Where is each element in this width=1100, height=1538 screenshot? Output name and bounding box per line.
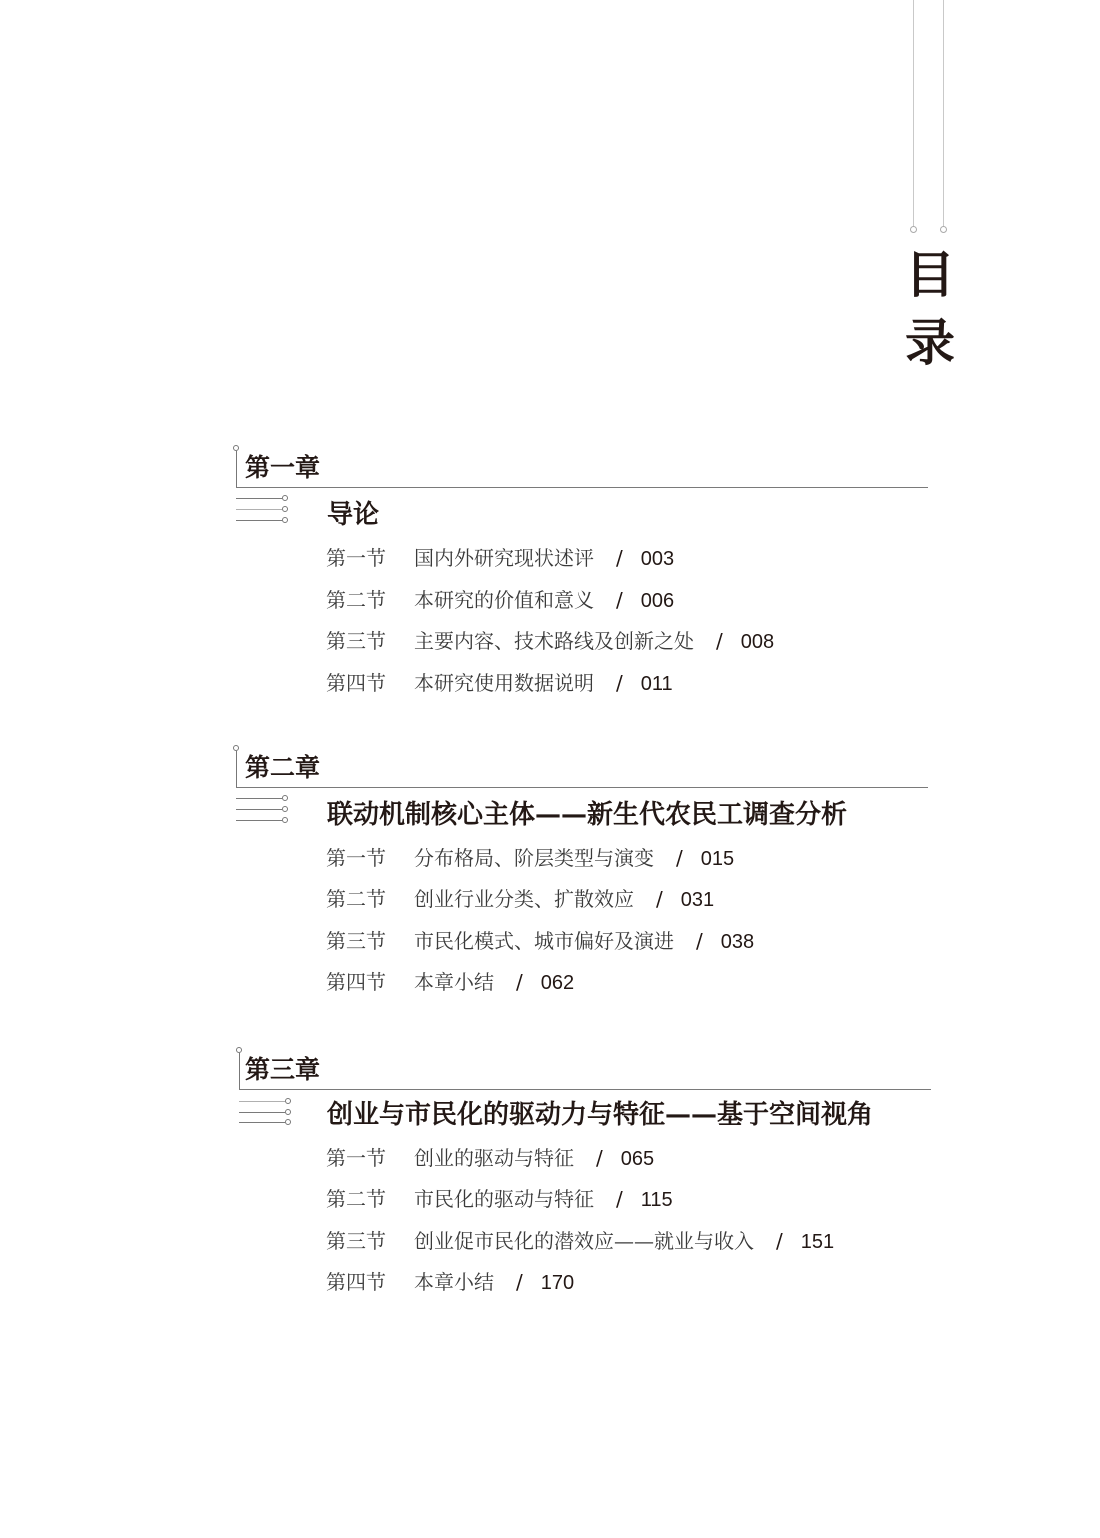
chapter-label: 第二章 <box>245 755 320 780</box>
page-number: 008 <box>741 631 774 653</box>
section-number: 第三节 <box>326 1231 414 1251</box>
separator: / <box>596 1148 603 1168</box>
page-title-char-1: 目 <box>905 250 955 300</box>
section-title: 本研究使用数据说明 <box>414 671 594 695</box>
section-number: 第一节 <box>326 1148 414 1168</box>
separator: / <box>716 631 723 651</box>
toc-entry[interactable]: 第一节国内外研究现状述评/003 <box>326 548 674 569</box>
page-title-char-2: 录 <box>905 318 955 368</box>
section-number: 第二节 <box>326 1189 414 1209</box>
separator: / <box>676 848 683 868</box>
page-number: 170 <box>541 1272 574 1294</box>
toc-entry[interactable]: 第三节主要内容、技术路线及创新之处/008 <box>326 631 774 652</box>
toc-entry[interactable]: 第四节本章小结/062 <box>326 972 574 993</box>
section-number: 第四节 <box>326 972 414 992</box>
stub-dot-icon <box>282 817 288 823</box>
toc-entry[interactable]: 第四节本研究使用数据说明/011 <box>326 673 673 694</box>
stub-dot-icon <box>282 517 288 523</box>
page-number: 115 <box>641 1189 673 1211</box>
section-number: 第二节 <box>326 590 414 610</box>
chapter-title: 导论 <box>327 502 379 528</box>
separator: / <box>616 673 623 693</box>
chapter-stub-line <box>236 820 282 821</box>
section-number: 第一节 <box>326 848 414 868</box>
separator: / <box>656 889 663 909</box>
separator: / <box>616 1189 623 1209</box>
chapter-vertical-rule <box>236 751 237 788</box>
section-title: 创业行业分类、扩散效应 <box>414 887 634 911</box>
chapter-stub-line <box>239 1122 285 1123</box>
page-number: 065 <box>621 1148 654 1170</box>
separator: / <box>776 1231 783 1251</box>
chapter-underline <box>239 1089 931 1090</box>
separator: / <box>616 590 623 610</box>
chapter-vertical-rule <box>236 451 237 488</box>
separator: / <box>516 972 523 992</box>
stub-dot-icon <box>282 506 288 512</box>
section-number: 第一节 <box>326 548 414 568</box>
section-number: 第四节 <box>326 1272 414 1292</box>
toc-entry[interactable]: 第一节分布格局、阶层类型与演变/015 <box>326 848 734 869</box>
section-number: 第三节 <box>326 631 414 651</box>
line-end-dot-icon <box>910 226 917 233</box>
line-end-dot-icon <box>940 226 947 233</box>
toc-entry[interactable]: 第二节创业行业分类、扩散效应/031 <box>326 889 714 910</box>
section-title: 本章小结 <box>414 1270 494 1294</box>
page-number: 015 <box>701 848 734 870</box>
decorative-vertical-line-left <box>913 0 914 227</box>
chapter-label: 第一章 <box>245 455 320 480</box>
stub-dot-icon <box>282 806 288 812</box>
section-title: 主要内容、技术路线及创新之处 <box>414 629 694 653</box>
page-number: 151 <box>801 1231 834 1253</box>
stub-dot-icon <box>282 495 288 501</box>
toc-entry[interactable]: 第一节创业的驱动与特征/065 <box>326 1148 654 1169</box>
chapter-underline <box>236 487 928 488</box>
page-number: 031 <box>681 889 714 911</box>
separator: / <box>516 1272 523 1292</box>
decorative-vertical-line-right <box>943 0 944 227</box>
chapter-stub-line <box>236 509 282 510</box>
chapter-stub-line <box>236 520 282 521</box>
chapter-vertical-rule <box>239 1053 240 1090</box>
section-title: 创业促市民化的潜效应——就业与收入 <box>414 1229 754 1253</box>
chapter-stub-line <box>239 1112 285 1113</box>
page-number: 038 <box>721 931 754 953</box>
toc-entry[interactable]: 第二节市民化的驱动与特征/115 <box>326 1189 673 1210</box>
section-number: 第四节 <box>326 673 414 693</box>
page-number: 006 <box>641 590 674 612</box>
page-number: 011 <box>641 673 673 695</box>
separator: / <box>696 931 703 951</box>
chapter-underline <box>236 787 928 788</box>
section-title: 国内外研究现状述评 <box>414 546 594 570</box>
separator: / <box>616 548 623 568</box>
section-number: 第二节 <box>326 889 414 909</box>
chapter-title: 联动机制核心主体——新生代农民工调查分析 <box>327 802 847 828</box>
section-title: 分布格局、阶层类型与演变 <box>414 846 654 870</box>
section-title: 创业的驱动与特征 <box>414 1146 574 1170</box>
chapter-stub-line <box>239 1101 285 1102</box>
chapter-stub-line <box>236 798 282 799</box>
toc-entry[interactable]: 第三节市民化模式、城市偏好及演进/038 <box>326 931 754 952</box>
chapter-label: 第三章 <box>245 1057 320 1082</box>
chapter-stub-line <box>236 498 282 499</box>
chapter-stub-line <box>236 809 282 810</box>
section-title: 本章小结 <box>414 970 494 994</box>
stub-dot-icon <box>282 795 288 801</box>
section-title: 市民化的驱动与特征 <box>414 1187 594 1211</box>
toc-entry[interactable]: 第四节本章小结/170 <box>326 1272 574 1293</box>
toc-page: 目 录 第一章 导论 第一节国内外研究现状述评/003 第二节本研究的价值和意义… <box>0 0 1100 1538</box>
section-title: 本研究的价值和意义 <box>414 588 594 612</box>
section-title: 市民化模式、城市偏好及演进 <box>414 929 674 953</box>
stub-dot-icon <box>285 1098 291 1104</box>
toc-entry[interactable]: 第三节创业促市民化的潜效应——就业与收入/151 <box>326 1231 834 1252</box>
page-number: 062 <box>541 972 574 994</box>
stub-dot-icon <box>285 1119 291 1125</box>
section-number: 第三节 <box>326 931 414 951</box>
chapter-title: 创业与市民化的驱动力与特征——基于空间视角 <box>327 1102 873 1128</box>
stub-dot-icon <box>285 1109 291 1115</box>
toc-entry[interactable]: 第二节本研究的价值和意义/006 <box>326 590 674 611</box>
page-number: 003 <box>641 548 674 570</box>
